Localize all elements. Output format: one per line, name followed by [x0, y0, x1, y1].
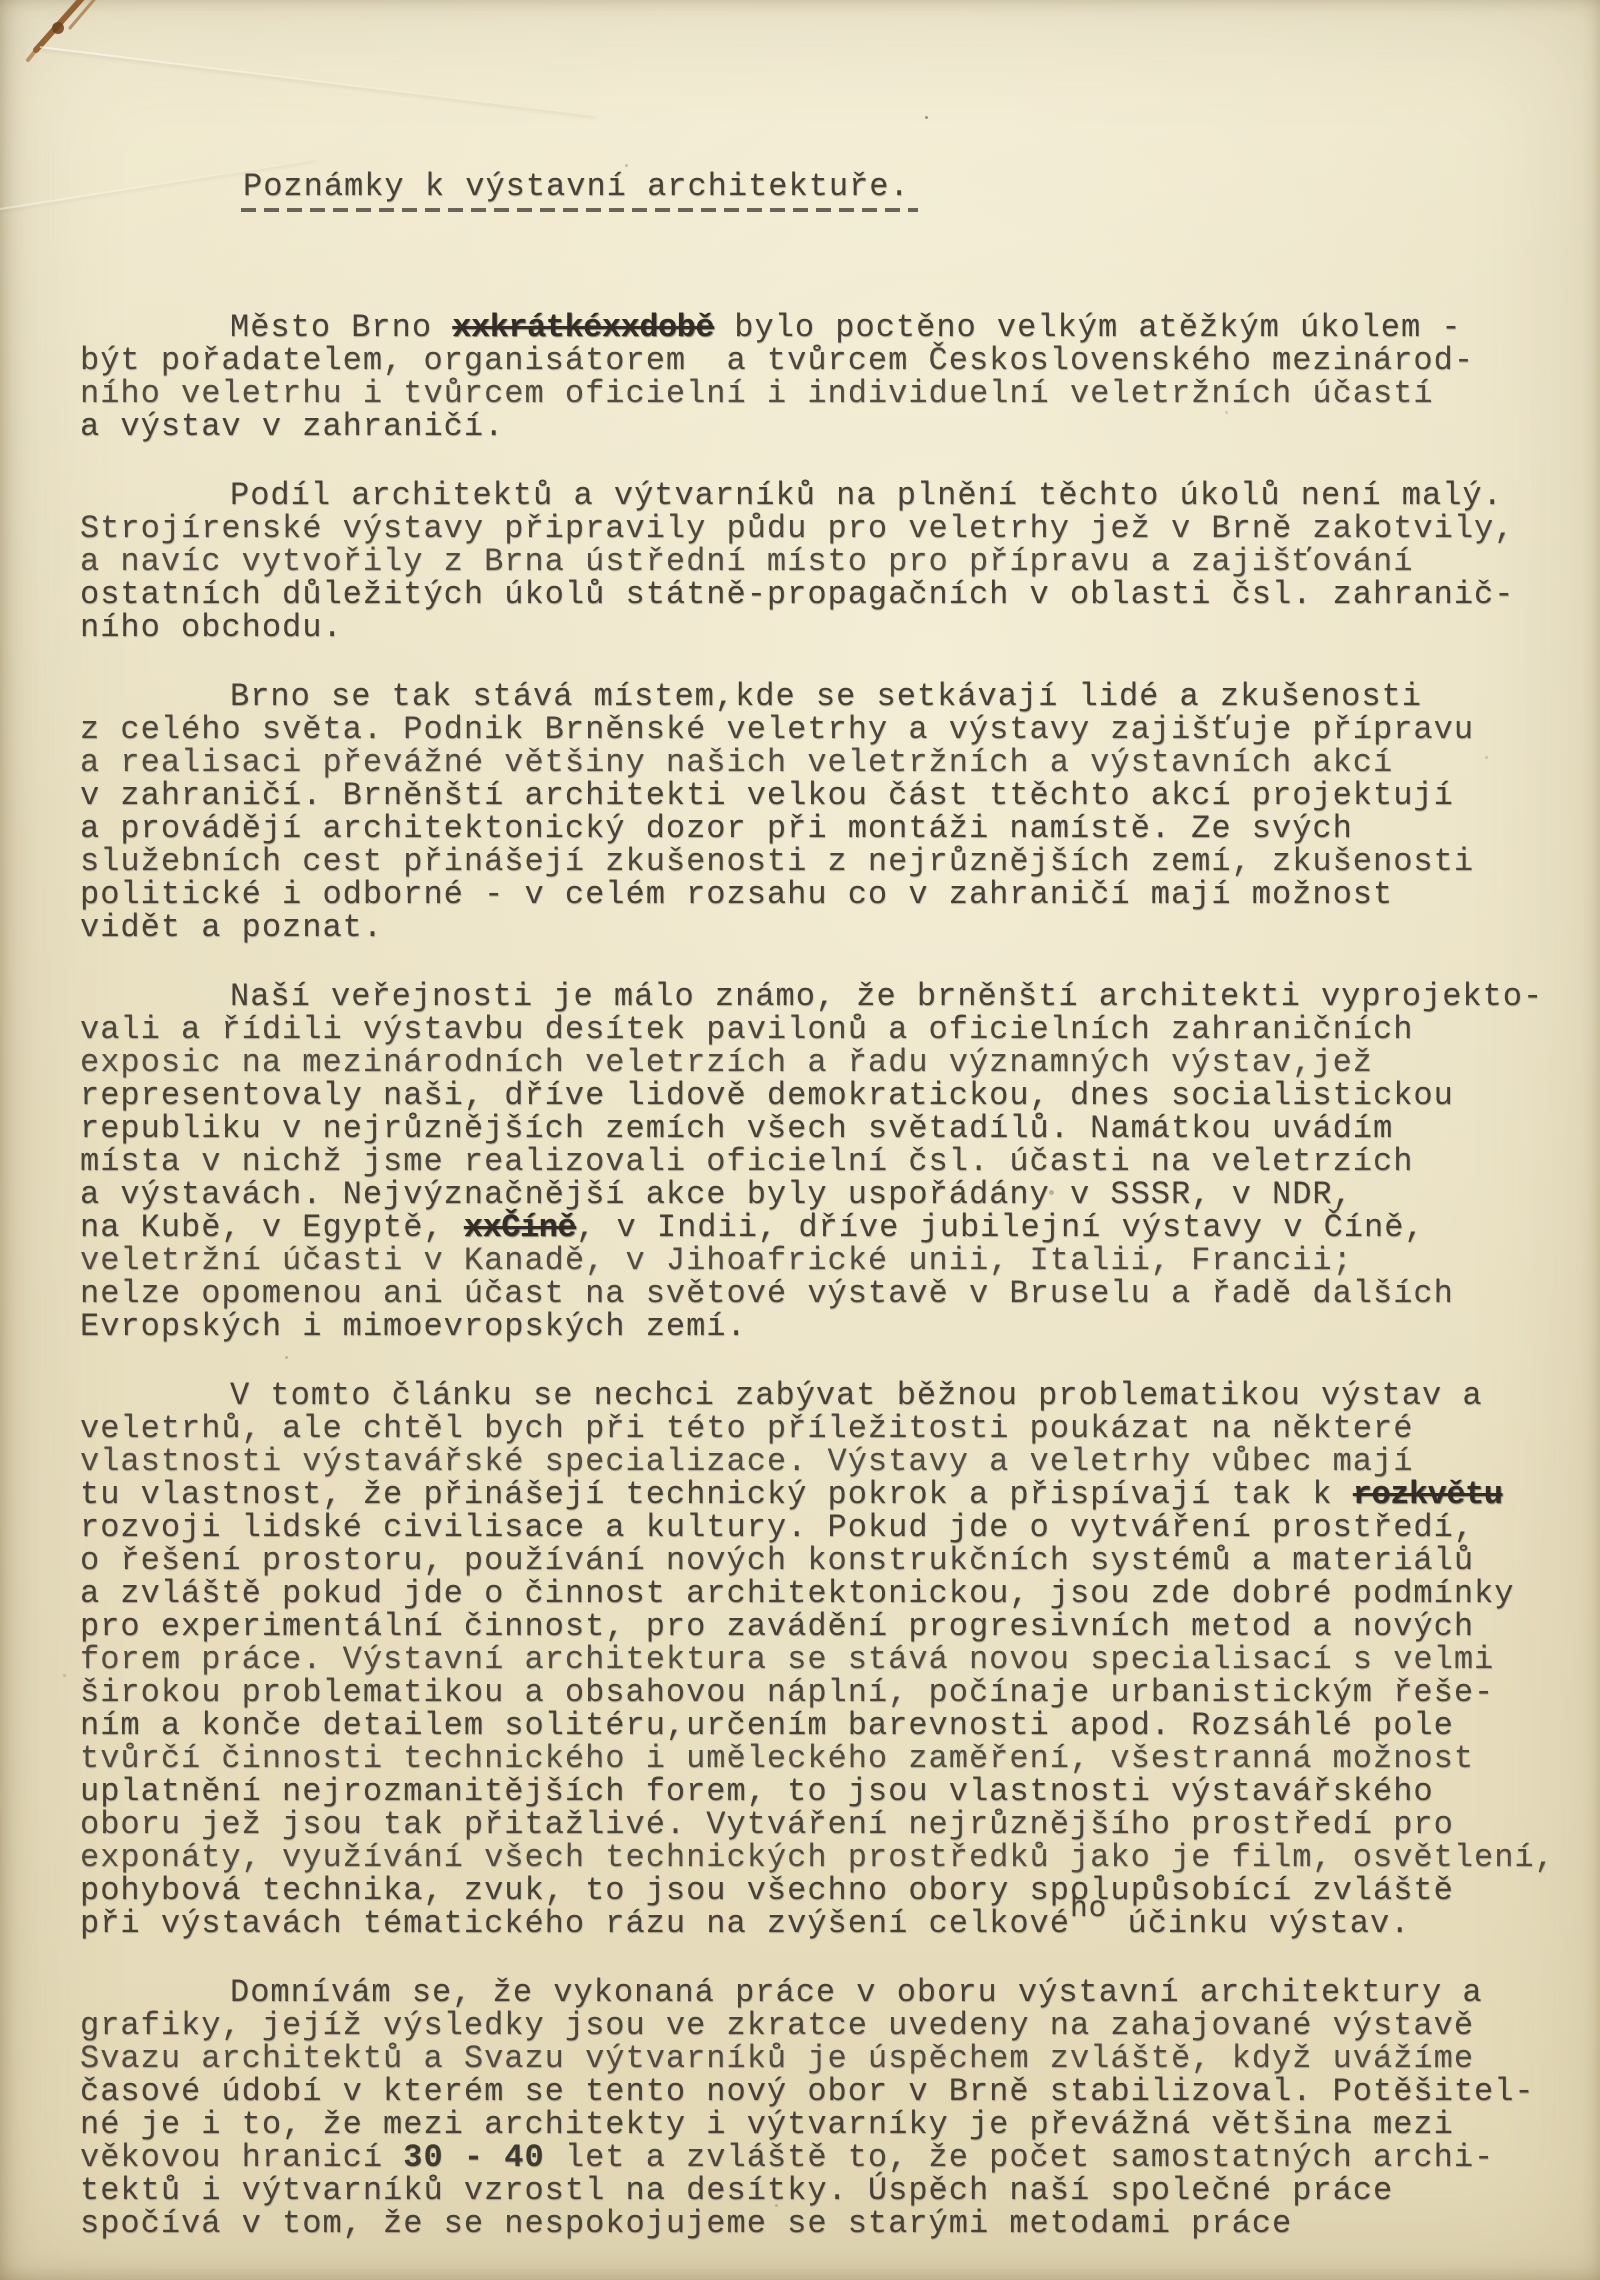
text-run: Brno se tak stává místem,kde se setkávaj…: [230, 678, 1422, 715]
text-line: ního obchodu.: [80, 611, 1580, 644]
text-run: vali a řídili výstavbu desítek pavilonů …: [80, 1011, 1413, 1048]
text-line: rozvoji lidské civilisace a kultury. Pok…: [80, 1511, 1580, 1544]
text-run: forem práce. Výstavní architektura se st…: [80, 1641, 1494, 1678]
text-line: a provádějí architektonický dozor při mo…: [80, 812, 1580, 845]
text-line: a realisaci převážné většiny našich vele…: [80, 746, 1580, 779]
text-run: Naší veřejnosti je málo známo, že brněnš…: [230, 978, 1543, 1015]
text-run: tvůrčí činnosti technického i uměleckého…: [80, 1740, 1474, 1777]
text-run: ním a konče detailem solitéru,určením ba…: [80, 1707, 1454, 1744]
text-line: tvůrčí činnosti technického i uměleckého…: [80, 1742, 1580, 1775]
text-run: služebních cest přinášejí zkušenosti z n…: [80, 843, 1474, 880]
text-line: služebních cest přinášejí zkušenosti z n…: [80, 845, 1580, 878]
text-line: oboru jež jsou tak přitažlivé. Vytváření…: [80, 1808, 1580, 1841]
text-run: let a zvláště to, že počet samostatných …: [545, 2139, 1495, 2176]
text-run: o řešení prostoru, používání nových kons…: [80, 1542, 1474, 1579]
text-line: Město Brno xxkrátkéxxdobě bylo poctěno v…: [80, 311, 1580, 344]
text-line: exposic na mezinárodních veletrzích a řa…: [80, 1046, 1580, 1079]
text-run: ního veletrhu i tvůrcem oficielní i indi…: [80, 375, 1434, 412]
text-run: a realisaci převážné většiny našich vele…: [80, 744, 1393, 781]
text-line: Evropských i mimoevropských zemí.: [80, 1310, 1580, 1343]
text-run: širokou problematikou a obsahovou náplní…: [80, 1674, 1494, 1711]
text-line: na Kubě, v Egyptě, xxČíně, v Indii, dřív…: [80, 1211, 1580, 1244]
paragraph: Podíl architektů a výtvarníků na plnění …: [80, 479, 1580, 644]
text-line: republiku v nejrůznějších zemích všech s…: [80, 1112, 1580, 1145]
text-line: ním a konče detailem solitéru,určením ba…: [80, 1709, 1580, 1742]
text-line: Naší veřejnosti je málo známo, že brněnš…: [80, 980, 1580, 1013]
document-title: Poznámky k výstavní architektuře.: [243, 170, 910, 203]
text-run: vlastnosti výstavářské specializace. Výs…: [80, 1443, 1413, 1480]
text-line: veletržní účasti v Kanadě, v Jihoafrické…: [80, 1244, 1580, 1277]
text-run: v zahraničí. Brněnští architekti velkou …: [80, 777, 1454, 814]
text-run: a výstav v zahraničí.: [80, 408, 504, 445]
text-run: Evropských i mimoevropských zemí.: [80, 1308, 747, 1345]
text-run: na Kubě, v Egyptě,: [80, 1209, 464, 1246]
text-run: ostatních důležitých úkolů státně-propag…: [80, 576, 1514, 613]
paper-crease: [40, 46, 596, 116]
text-line: při výstavách tématického rázu na zvýšen…: [80, 1907, 1580, 1940]
text-run: být pořadatelem, organisátorem a tvůrcem…: [80, 342, 1474, 379]
paragraph: Brno se tak stává místem,kde se setkávaj…: [80, 680, 1580, 944]
text-line: pohybová technika, zvuk, to jsou všechno…: [80, 1874, 1580, 1907]
text-line: o řešení prostoru, používání nových kons…: [80, 1544, 1580, 1577]
text-line: a navíc vytvořily z Brna ústřední místo …: [80, 545, 1580, 578]
text-line: exponáty, využívání všech technických pr…: [80, 1841, 1580, 1874]
text-run: veletrhů, ale chtěl bych při této přílež…: [80, 1410, 1413, 1447]
text-run: účinku výstav.: [1107, 1905, 1410, 1942]
text-run: uplatnění nejrozmanitějších forem, to js…: [80, 1773, 1434, 1810]
text-line: politické i odborné - v celém rozsahu co…: [80, 878, 1580, 911]
text-run: , v Indii, dříve jubilejní výstavy v Čín…: [576, 1209, 1425, 1246]
text-run: politické i odborné - v celém rozsahu co…: [80, 876, 1393, 913]
text-line: pro experimentální činnost, pro zavádění…: [80, 1610, 1580, 1643]
text-line: místa v nichž jsme realizovali oficielní…: [80, 1145, 1580, 1178]
text-line: spočívá v tom, že se nespokojujeme se st…: [80, 2207, 1580, 2240]
text-line: tu vlastnost, že přinášejí technický pok…: [80, 1478, 1580, 1511]
struck-out-text: xxČíně: [464, 1209, 576, 1246]
text-run: né je i to, že mezi architekty i výtvarn…: [80, 2106, 1454, 2143]
text-run: V tomto článku se nechci zabývat běžnou …: [230, 1377, 1483, 1414]
text-line: v zahraničí. Brněnští architekti velkou …: [80, 779, 1580, 812]
text-run: Strojírenské výstavy připravily půdu pro…: [80, 510, 1514, 547]
text-run: Město Brno: [230, 309, 452, 346]
text-run: z celého světa. Podnik Brněnské veletrhy…: [80, 711, 1474, 748]
text-run: representovaly naši, dříve lidově demokr…: [80, 1077, 1454, 1114]
text-line: a zvláště pokud jde o činnost architekto…: [80, 1577, 1580, 1610]
text-line: Domnívám se, že vykonaná práce v oboru v…: [80, 1976, 1580, 2009]
text-run: exponáty, využívání všech technických pr…: [80, 1839, 1555, 1876]
text-line: časové údobí v kterém se tento nový obor…: [80, 2075, 1580, 2108]
text-line: forem práce. Výstavní architektura se st…: [80, 1643, 1580, 1676]
text-line: nelze opomenou ani účast na světové výst…: [80, 1277, 1580, 1310]
text-line: grafiky, jejíž výsledky jsou ve zkratce …: [80, 2009, 1580, 2042]
text-line: vali a řídili výstavbu desítek pavilonů …: [80, 1013, 1580, 1046]
text-run: Svazu architektů a Svazu výtvarníků je ú…: [80, 2040, 1474, 2077]
text-line: z celého světa. Podnik Brněnské veletrhy…: [80, 713, 1580, 746]
text-run: pro experimentální činnost, pro zavádění…: [80, 1608, 1474, 1645]
inserted-superscript: ho: [1070, 1891, 1107, 1925]
text-line: tektů i výtvarníků vzrostl na desítky. Ú…: [80, 2174, 1580, 2207]
paragraph: Město Brno xxkrátkéxxdobě bylo poctěno v…: [80, 311, 1580, 443]
text-line: Svazu architektů a Svazu výtvarníků je ú…: [80, 2042, 1580, 2075]
text-line: Brno se tak stává místem,kde se setkávaj…: [80, 680, 1580, 713]
document-page: Poznámky k výstavní architektuře. Město …: [0, 0, 1600, 2280]
text-line: vlastnosti výstavářské specializace. Výs…: [80, 1445, 1580, 1478]
text-run: spočívá v tom, že se nespokojujeme se st…: [80, 2205, 1292, 2242]
text-run: místa v nichž jsme realizovali oficielní…: [80, 1143, 1413, 1180]
text-run: a zvláště pokud jde o činnost architekto…: [80, 1575, 1514, 1612]
paper-specks: [925, 116, 928, 119]
text-run: Podíl architektů a výtvarníků na plnění …: [230, 477, 1503, 514]
text-run: bylo poctěno velkým atěžkým úkolem -: [714, 309, 1462, 346]
text-run: pohybová technika, zvuk, to jsou všechno…: [80, 1872, 1454, 1909]
text-run: republiku v nejrůznějších zemích všech s…: [80, 1110, 1393, 1147]
text-run: a provádějí architektonický dozor při mo…: [80, 810, 1353, 847]
text-line: V tomto článku se nechci zabývat běžnou …: [80, 1379, 1580, 1412]
text-line: Strojírenské výstavy připravily půdu pro…: [80, 512, 1580, 545]
text-run: věkovou hranicí: [80, 2139, 403, 2176]
paragraph: Domnívám se, že vykonaná práce v oboru v…: [80, 1976, 1580, 2240]
text-run: tu vlastnost, že přinášejí technický pok…: [80, 1476, 1353, 1513]
text-line: uplatnění nejrozmanitějších forem, to js…: [80, 1775, 1580, 1808]
text-run: Domnívám se, že vykonaná práce v oboru v…: [230, 1974, 1483, 2011]
text-line: ního veletrhu i tvůrcem oficielní i indi…: [80, 377, 1580, 410]
document-body: Město Brno xxkrátkéxxdobě bylo poctěno v…: [80, 311, 1580, 2240]
text-run: veletržní účasti v Kanadě, v Jihoafrické…: [80, 1242, 1353, 1279]
text-line: né je i to, že mezi architekty i výtvarn…: [80, 2108, 1580, 2141]
struck-out-text: xxkrátkéxxdobě: [452, 309, 714, 346]
text-run: vidět a poznat.: [80, 909, 383, 946]
text-line: Podíl architektů a výtvarníků na plnění …: [80, 479, 1580, 512]
text-line: širokou problematikou a obsahovou náplní…: [80, 1676, 1580, 1709]
text-run: a výstavách. Nejvýznačnější akce byly us…: [80, 1176, 1353, 1213]
text-line: a výstav v zahraničí.: [80, 410, 1580, 443]
text-line: vidět a poznat.: [80, 911, 1580, 944]
text-line: representovaly naši, dříve lidově demokr…: [80, 1079, 1580, 1112]
text-run: rozvoji lidské civilisace a kultury. Pok…: [80, 1509, 1474, 1546]
text-run: a navíc vytvořily z Brna ústřední místo …: [80, 543, 1413, 580]
text-line: a výstavách. Nejvýznačnější akce byly us…: [80, 1178, 1580, 1211]
text-run: 30 - 40: [403, 2139, 544, 2176]
text-line: věkovou hranicí 30 - 40 let a zvláště to…: [80, 2141, 1580, 2174]
rust-stain: [0, 0, 200, 190]
text-run: časové údobí v kterém se tento nový obor…: [80, 2073, 1535, 2110]
text-run: grafiky, jejíž výsledky jsou ve zkratce …: [80, 2007, 1474, 2044]
text-line: být pořadatelem, organisátorem a tvůrcem…: [80, 344, 1580, 377]
text-run: tektů i výtvarníků vzrostl na desítky. Ú…: [80, 2172, 1393, 2209]
text-line: ostatních důležitých úkolů státně-propag…: [80, 578, 1580, 611]
text-run: oboru jež jsou tak přitažlivé. Vytváření…: [80, 1806, 1454, 1843]
paragraph: V tomto článku se nechci zabývat běžnou …: [80, 1379, 1580, 1940]
paragraph: Naší veřejnosti je málo známo, že brněnš…: [80, 980, 1580, 1343]
text-run: nelze opomenou ani účast na světové výst…: [80, 1275, 1454, 1312]
text-line: veletrhů, ale chtěl bych při této přílež…: [80, 1412, 1580, 1445]
text-run: exposic na mezinárodních veletrzích a řa…: [80, 1044, 1373, 1081]
text-run: při výstavách tématického rázu na zvýšen…: [80, 1905, 1070, 1942]
text-run: ního obchodu.: [80, 609, 343, 646]
struck-out-text: rozkvětu: [1353, 1476, 1503, 1513]
